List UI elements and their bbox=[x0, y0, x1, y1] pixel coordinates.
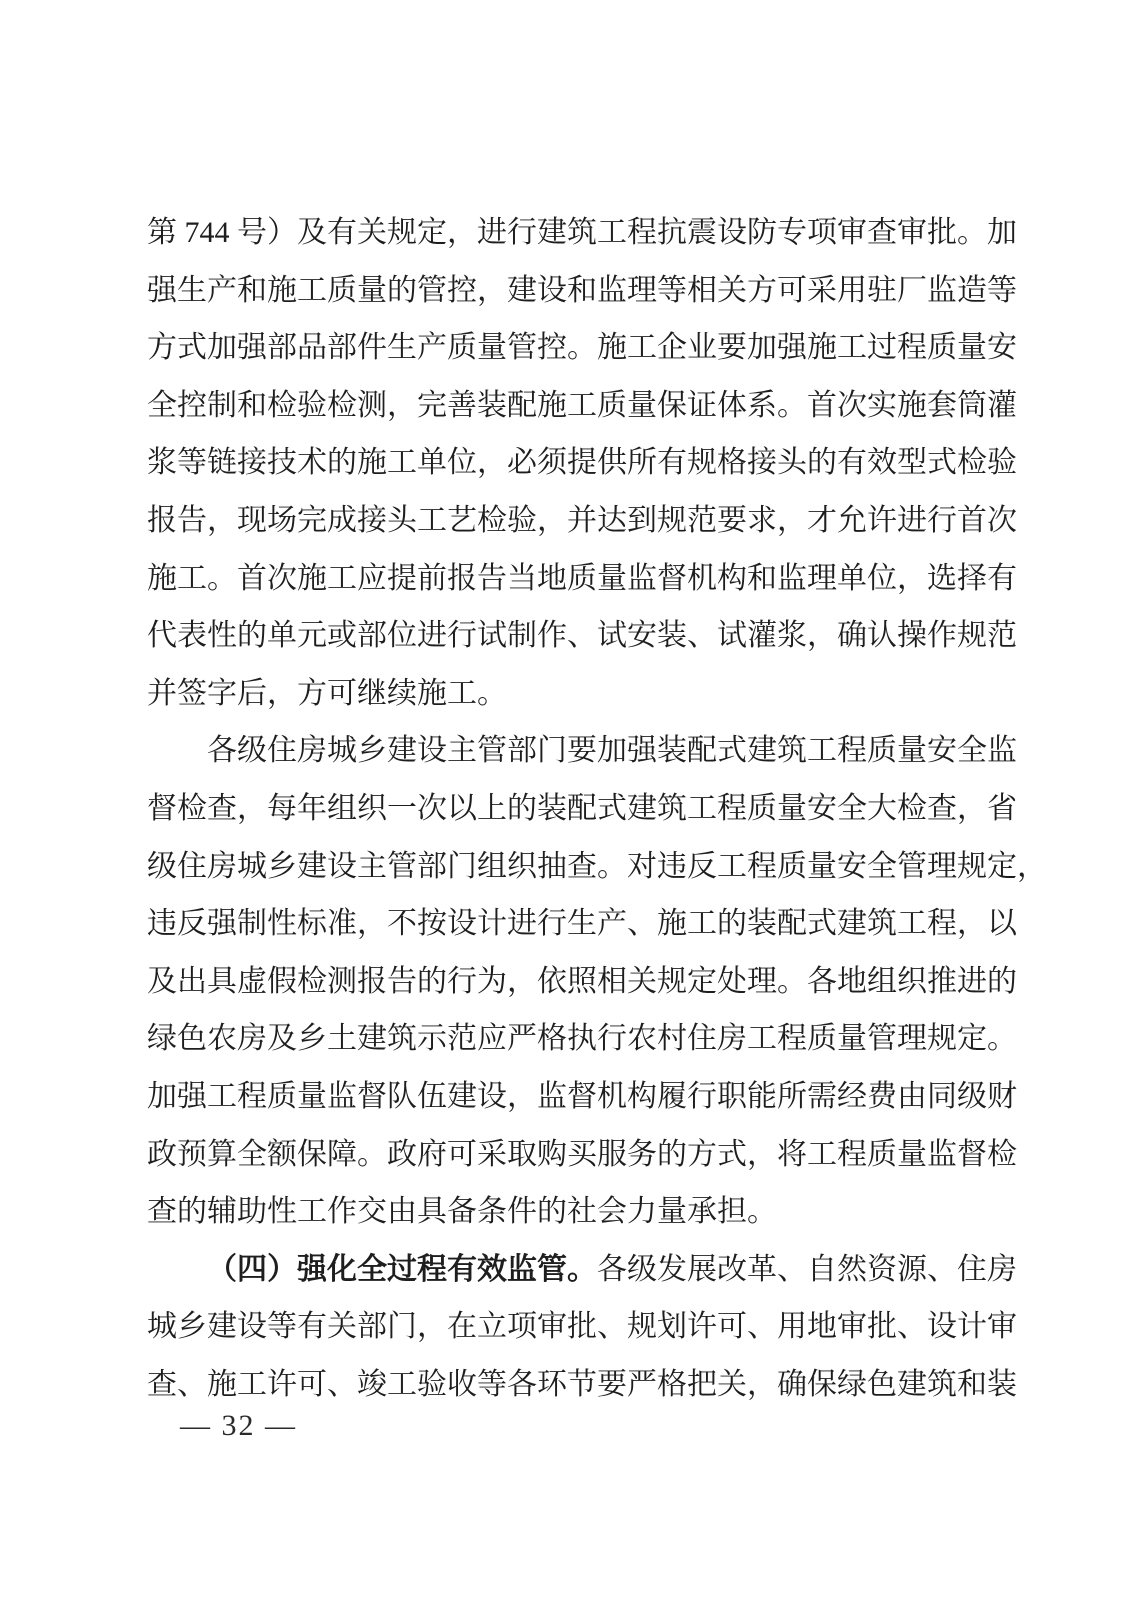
text-line: 各级住房城乡建设主管部门要加强装配式建筑工程质量安全监 bbox=[147, 722, 986, 780]
text-line: 加强工程质量监督队伍建设，监督机构履行职能所需经费由同级财 bbox=[147, 1068, 986, 1126]
section-heading: （四）强化全过程有效监管。 bbox=[207, 1253, 597, 1286]
text-line: （四）强化全过程有效监管。各级发展改革、自然资源、住房 bbox=[147, 1241, 986, 1299]
text-line: 违反强制性标准，不按设计进行生产、施工的装配式建筑工程，以 bbox=[147, 895, 986, 953]
text-line: 施工。首次施工应提前报告当地质量监督机构和监理单位，选择有 bbox=[147, 550, 986, 608]
text-line: 并签字后，方可继续施工。 bbox=[147, 665, 986, 723]
text-line: 政预算全额保障。政府可采取购买服务的方式，将工程质量监督检 bbox=[147, 1126, 986, 1184]
text-line: 强生产和施工质量的管控，建设和监理等相关方可采用驻厂监造等 bbox=[147, 262, 986, 320]
text-line: 及出具虚假检测报告的行为，依照相关规定处理。各地组织推进的 bbox=[147, 953, 986, 1011]
text-line: 浆等链接技术的施工单位，必须提供所有规格接头的有效型式检验 bbox=[147, 434, 986, 492]
text-line: 全控制和检验检测，完善装配施工质量保证体系。首次实施套筒灌 bbox=[147, 377, 986, 435]
text-line: 第 744 号）及有关规定，进行建筑工程抗震设防专项审查审批。加 bbox=[147, 204, 986, 262]
page-number: — 32 — bbox=[180, 1404, 297, 1448]
text-line: 城乡建设等有关部门，在立项审批、规划许可、用地审批、设计审 bbox=[147, 1298, 986, 1356]
text-line: 绿色农房及乡土建筑示范应严格执行农村住房工程质量管理规定。 bbox=[147, 1010, 986, 1068]
document-page: 第 744 号）及有关规定，进行建筑工程抗震设防专项审查审批。加强生产和施工质量… bbox=[0, 0, 1131, 1600]
text-line: 方式加强部品部件生产质量管控。施工企业要加强施工过程质量安 bbox=[147, 319, 986, 377]
text-line: 督检查，每年组织一次以上的装配式建筑工程质量安全大检查，省 bbox=[147, 780, 986, 838]
text-block: 第 744 号）及有关规定，进行建筑工程抗震设防专项审查审批。加强生产和施工质量… bbox=[147, 204, 986, 1413]
text-line: 报告，现场完成接头工艺检验，并达到规范要求，才允许进行首次 bbox=[147, 492, 986, 550]
text-line: 级住房城乡建设主管部门组织抽查。对违反工程质量安全管理规定， bbox=[147, 838, 986, 896]
text-line: 代表性的单元或部位进行试制作、试安装、试灌浆，确认操作规范 bbox=[147, 607, 986, 665]
text-line: 查的辅助性工作交由具备条件的社会力量承担。 bbox=[147, 1183, 986, 1241]
